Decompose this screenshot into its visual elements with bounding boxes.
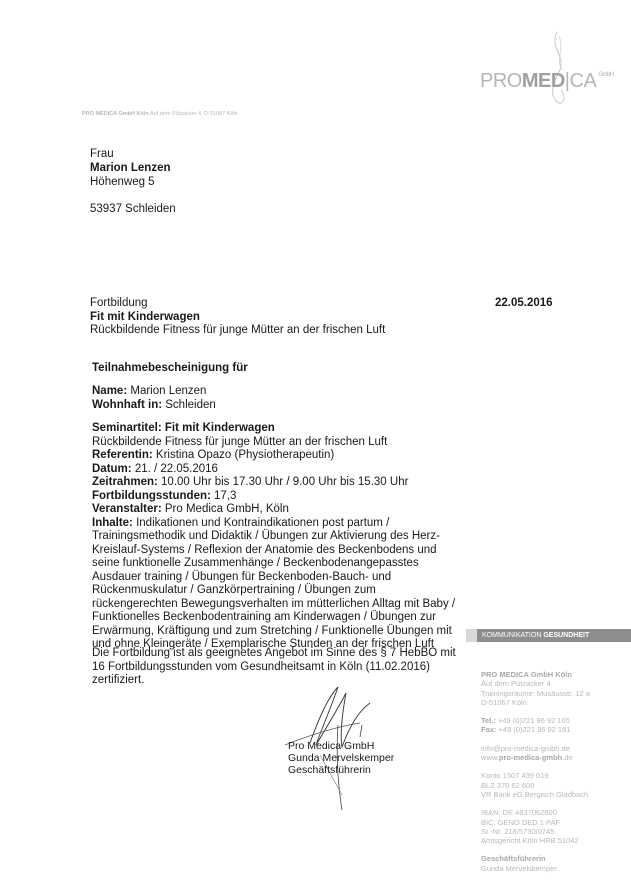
residence-label: Wohnhaft in: [92, 399, 162, 411]
training-hours: Fortbildungsstunden: 17,3 [92, 490, 462, 504]
sender-address: Auf dem Pützacker 4, D-51067 Köln [150, 111, 238, 117]
participant-name: Name: Marion Lenzen [92, 385, 216, 399]
sidebar-address-1: Auf dem Pützacker 4 [481, 679, 590, 688]
sidebar-register: Amtsgericht Köln HRB 51042 [481, 836, 590, 845]
participant-info: Name: Marion Lenzen Wohnhaft in: Schleid… [92, 385, 216, 412]
signature-block: Pro Medica GmbH Gunda Mervelskemper Gesc… [288, 740, 394, 776]
hours-value: 17,3 [214, 490, 236, 502]
logo-text-end: CA [570, 70, 597, 92]
time-label: Zeitrahmen: [92, 476, 158, 488]
sidebar-bic: BIC: GENO DED 1 PAF [481, 818, 590, 827]
date-label: Datum: [92, 463, 132, 475]
sidebar-tax-number: St.-Nr. 218/5730/0745 [481, 827, 590, 836]
web-bold: pro-medica-gmbh [499, 753, 562, 762]
sidebar-fax: Fax: +49 (0)221 96 92 161 [481, 725, 590, 734]
sidebar-company: PRO MEDICA GmbH Köln [481, 670, 590, 679]
sidebar-tel: Tel.: +49 (0)221 96 92 165 [481, 716, 590, 725]
name-label: Name: [92, 385, 127, 397]
sidebar-website[interactable]: www.pro-medica-gmbh.de [481, 753, 590, 762]
speaker: Referentin: Kristina Opazo (Physiotherap… [92, 449, 462, 463]
logo-text-light: PRO [480, 70, 522, 92]
contents-label: Inhalte: [92, 517, 133, 529]
sidebar-address-3: D-51067 Köln [481, 698, 590, 707]
organizer: Veranstalter: Pro Medica GmbH, Köln [92, 503, 462, 517]
recipient-city: 53937 Schleiden [90, 202, 176, 216]
organizer-label: Veranstalter: [92, 503, 162, 515]
sidebar-email[interactable]: info@pro-medica-gmbh.de [481, 744, 590, 753]
recipient-salutation: Frau [90, 147, 176, 161]
seminar-date: Datum: 21. / 22.05.2016 [92, 463, 462, 477]
banner-text-light: KOMMUNIKATION [482, 632, 543, 639]
time-frame: Zeitrahmen: 10.00 Uhr bis 17.30 Uhr / 9.… [92, 476, 462, 490]
fax-value: +49 (0)221 96 92 161 [499, 725, 571, 734]
seminar-label: Seminartitel: [92, 422, 162, 434]
seminar-value: Fit mit Kinderwagen [165, 422, 275, 434]
sidebar-iban: IBAN: DE 4837062600 [481, 808, 590, 817]
certificate-title: Teilnahmebescheinigung für [92, 362, 248, 374]
sidebar-banner: KOMMUNIKATION GESUNDHEIT [477, 629, 631, 642]
sidebar-contact: PRO MEDICA GmbH Köln Auf dem Pützacker 4… [481, 670, 590, 873]
web-suffix: .de [562, 753, 572, 762]
company-logo: PROMED|CAGmbH [480, 70, 614, 93]
subject-line-2: Fit mit Kinderwagen [90, 311, 385, 325]
sidebar-ceo-label: Geschäftsführerin [481, 854, 590, 863]
certification-statement: Die Fortbildung ist als geeignetes Angeb… [92, 647, 462, 688]
subject-block: Fortbildung Fit mit Kinderwagen Rückbild… [90, 297, 385, 338]
speaker-value: Kristina Opazo (Physiotherapeutin) [156, 449, 334, 461]
banner-text-bold: GESUNDHEIT [543, 632, 589, 639]
recipient-name: Marion Lenzen [90, 161, 176, 175]
time-value: 10.00 Uhr bis 17.30 Uhr / 9.00 Uhr bis 1… [161, 476, 408, 488]
subject-line-1: Fortbildung [90, 297, 385, 311]
sidebar-account: Konto 1507 439 019 [481, 771, 590, 780]
date-value: 21. / 22.05.2016 [135, 463, 218, 475]
signature-role: Geschäftsführerin [288, 764, 394, 776]
contents: Inhalte: Indikationen und Kontraindikati… [92, 517, 462, 652]
seminar-title: Seminartitel: Fit mit Kinderwagen [92, 422, 462, 436]
sidebar-blz: BLZ 370 62 600 [481, 781, 590, 790]
sender-company: PRO MEDICA GmbH Köln [82, 111, 149, 117]
subject-line-3: Rückbildende Fitness für junge Mütter an… [90, 324, 385, 338]
sidebar-bank: VR Bank eG Bergisch Gladbach [481, 790, 590, 799]
recipient-address: Frau Marion Lenzen Höhenweg 5 53937 Schl… [90, 147, 176, 216]
sidebar-address-2: Trainingsräume: Musäusstr. 12 a [481, 689, 590, 698]
seminar-details: Seminartitel: Fit mit Kinderwagen Rückbi… [92, 422, 462, 652]
web-prefix: www. [481, 753, 499, 762]
signature-person: Gunda Mervelskemper [288, 752, 394, 764]
name-value: Marion Lenzen [130, 385, 206, 397]
residence-value: Schleiden [165, 399, 216, 411]
fax-label: Fax: [481, 725, 496, 734]
seminar-subtitle: Rückbildende Fitness für junge Mütter an… [92, 436, 462, 450]
tel-value: +49 (0)221 96 92 165 [498, 716, 570, 725]
banner-edge [466, 629, 477, 642]
recipient-street: Höhenweg 5 [90, 175, 176, 189]
logo-swirl-icon [545, 30, 575, 105]
contents-value: Indikationen und Kontraindikationen post… [92, 517, 455, 651]
hours-label: Fortbildungsstunden: [92, 490, 211, 502]
speaker-label: Referentin: [92, 449, 153, 461]
logo-text-bold: MED [522, 70, 565, 92]
logo-suffix: GmbH [598, 72, 613, 78]
signature-company: Pro Medica GmbH [288, 740, 394, 752]
participant-residence: Wohnhaft in: Schleiden [92, 399, 216, 413]
sidebar-ceo: Gunda Mervelskemper [481, 864, 590, 873]
sender-line: PRO MEDICA GmbH Köln Auf dem Pützacker 4… [82, 111, 238, 117]
organizer-value: Pro Medica GmbH, Köln [165, 503, 289, 515]
letter-date: 22.05.2016 [495, 297, 553, 309]
tel-label: Tel.: [481, 716, 496, 725]
